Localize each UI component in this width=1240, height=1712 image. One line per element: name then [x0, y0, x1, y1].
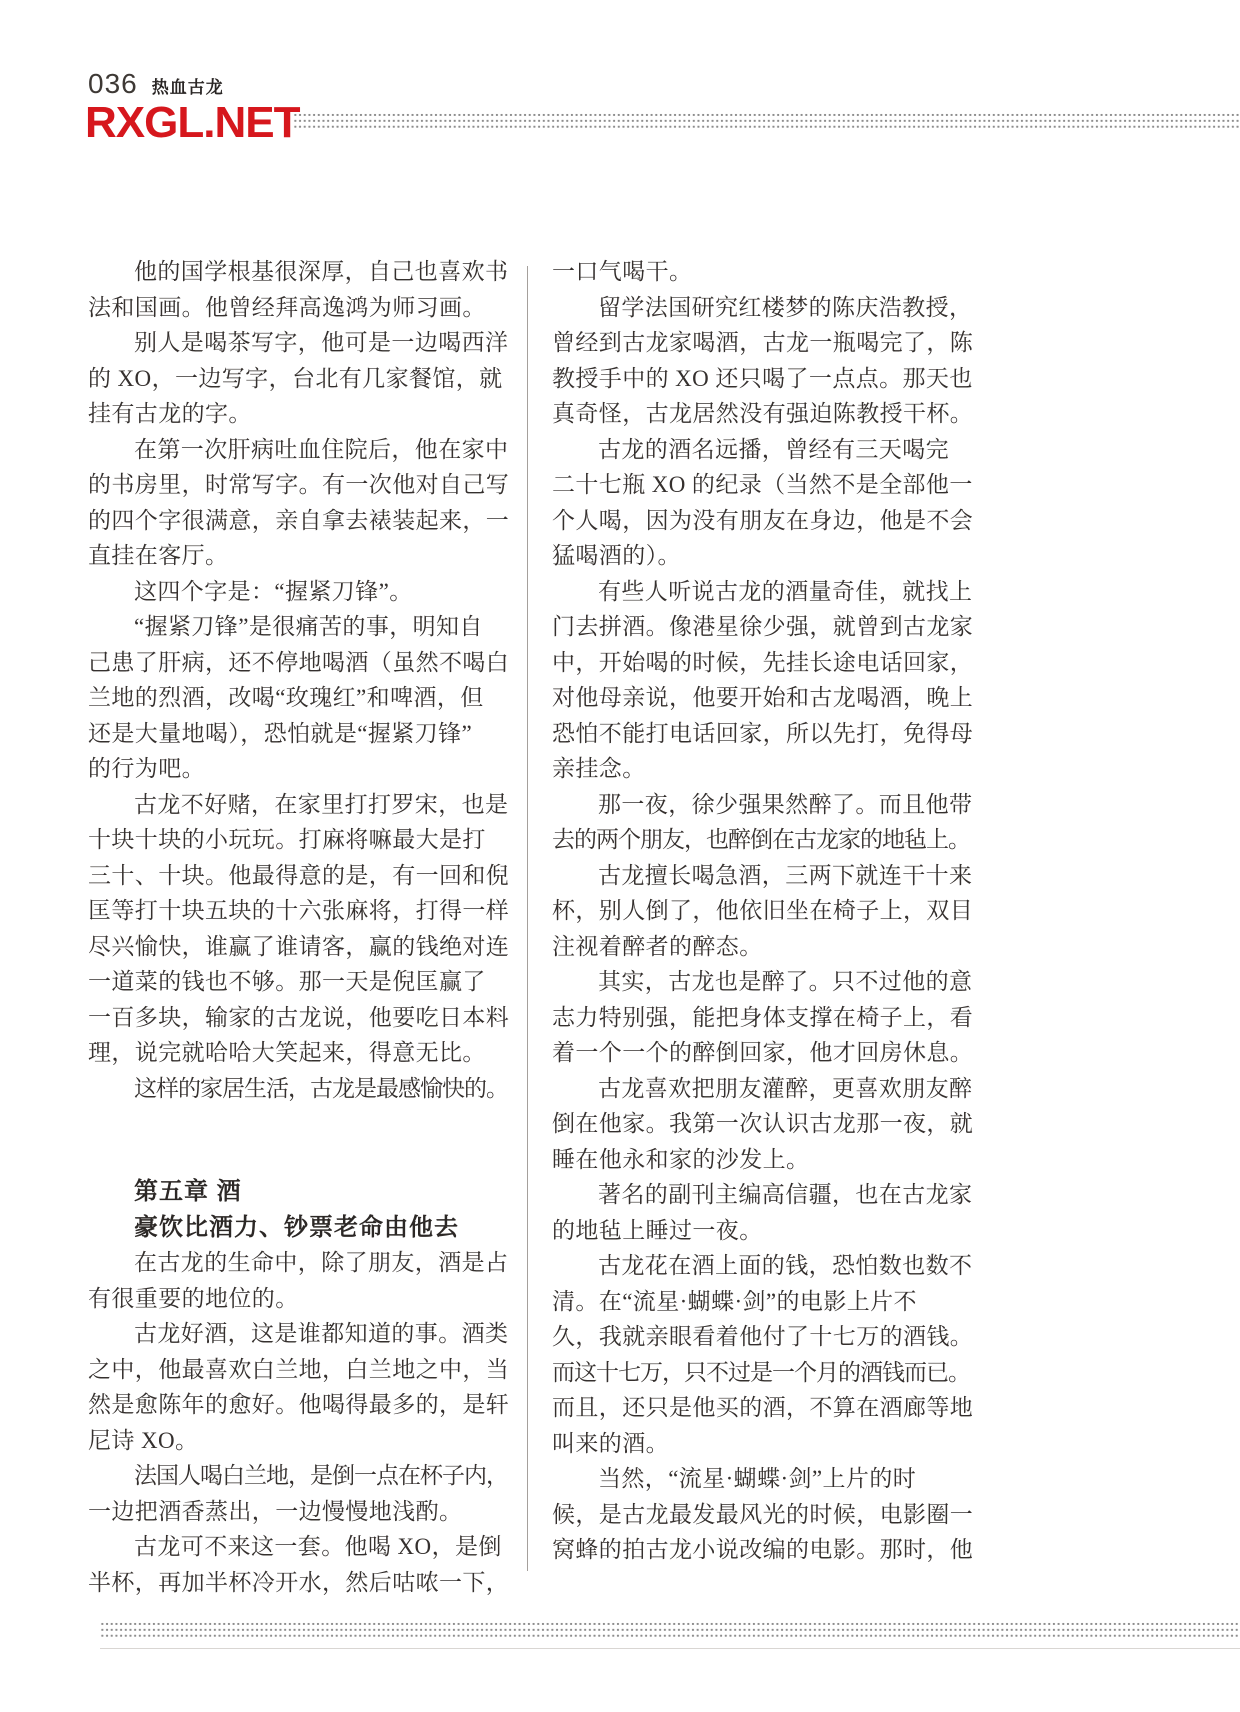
- text-line: 门去拼酒。像港星徐少强，就曾到古龙家: [552, 609, 960, 645]
- dotted-rule-bottom: [100, 1621, 1240, 1639]
- text-line: 而这十七万，只不过是一个月的酒钱而已。: [552, 1355, 960, 1391]
- page-header-row: 036热血古龙: [88, 68, 224, 100]
- text-line: 杯，别人倒了，他依旧坐在椅子上，双目: [552, 893, 960, 929]
- text-line: 这样的家居生活，古龙是最感愉快的。: [88, 1071, 488, 1107]
- text-line: 三十、十块。他最得意的是，有一回和倪: [88, 858, 488, 894]
- text-line: 二十七瓶 XO 的纪录（当然不是全部他一: [552, 467, 960, 503]
- text-line: 的 XO，一边写字，台北有几家餐馆，就: [88, 361, 488, 397]
- text-line: 的四个字很满意，亲自拿去裱装起来，一: [88, 503, 488, 539]
- text-line: 古龙好酒，这是谁都知道的事。酒类: [88, 1316, 488, 1352]
- text-line: 之中，他最喜欢白兰地，白兰地之中，当: [88, 1352, 488, 1388]
- page-number: 036: [88, 68, 138, 99]
- text-line: 匡等打十块五块的十六张麻将，打得一样: [88, 893, 488, 929]
- text-line: 己患了肝病，还不停地喝酒（虽然不喝白: [88, 645, 488, 681]
- text-line: 倒在他家。我第一次认识古龙那一夜，就: [552, 1106, 960, 1142]
- text-line: 对他母亲说，他要开始和古龙喝酒，晚上: [552, 680, 960, 716]
- text-line: 那一夜，徐少强果然醉了。而且他带: [552, 787, 960, 823]
- text-line: 这四个字是：“握紧刀锋”。: [88, 574, 488, 610]
- text-line: 一百多块，输家的古龙说，他要吃日本料: [88, 1000, 488, 1036]
- text-line: 直挂在客厅。: [88, 538, 488, 574]
- book-page: 036热血古龙 RXGL.NET 他的国学根基很深厚，自己也喜欢书法和国画。他曾…: [0, 0, 1240, 1712]
- text-line: 古龙花在酒上面的钱，恐怕数也数不: [552, 1248, 960, 1284]
- column-divider: [527, 266, 528, 1571]
- text-line: 着一个一个的醉倒回家，他才回房休息。: [552, 1035, 960, 1071]
- text-line: 恐怕不能打电话回家，所以先打，免得母: [552, 716, 960, 752]
- text-line: 一边把酒香蒸出，一边慢慢地浅酌。: [88, 1494, 488, 1530]
- text-line: 在第一次肝病吐血住院后，他在家中: [88, 432, 488, 468]
- book-title: 热血古龙: [152, 78, 224, 97]
- text-line: 兰地的烈酒，改喝“玫瑰红”和啤酒，但: [88, 680, 488, 716]
- text-line: 窝蜂的拍古龙小说改编的电影。那时，他: [552, 1532, 960, 1568]
- text-line: 亲挂念。: [552, 751, 960, 787]
- text-line: 有很重要的地位的。: [88, 1281, 488, 1317]
- text-line: “握紧刀锋”是很痛苦的事，明知自: [88, 609, 488, 645]
- text-line: 一道菜的钱也不够。那一天是倪匡赢了: [88, 964, 488, 1000]
- text-line: 的行为吧。: [88, 751, 488, 787]
- text-line: 真奇怪，古龙居然没有强迫陈教授干杯。: [552, 396, 960, 432]
- text-line: 著名的副刊主编高信疆，也在古龙家: [552, 1177, 960, 1213]
- text-line: 教授手中的 XO 还只喝了一点点。那天也: [552, 361, 960, 397]
- text-line: 久，我就亲眼看着他付了十七万的酒钱。: [552, 1319, 960, 1355]
- site-logo: RXGL.NET: [85, 98, 299, 148]
- text-line: 十块十块的小玩玩。打麻将嘛最大是打: [88, 822, 488, 858]
- text-line: 当然，“流星·蝴蝶·剑”上片的时: [552, 1461, 960, 1497]
- text-line: 还是大量地喝），恐怕就是“握紧刀锋”: [88, 716, 488, 752]
- text-line: 古龙不好赌，在家里打打罗宋，也是: [88, 787, 488, 823]
- text-line: 志力特别强，能把身体支撑在椅子上，看: [552, 1000, 960, 1036]
- text-line: 留学法国研究红楼梦的陈庆浩教授，: [552, 290, 960, 326]
- text-line: 叫来的酒。: [552, 1426, 960, 1462]
- text-line: 古龙的酒名远播，曾经有三天喝完: [552, 432, 960, 468]
- text-line: 而且，还只是他买的酒，不算在酒廊等地: [552, 1390, 960, 1426]
- text-line: 去的两个朋友，也醉倒在古龙家的地毡上。: [552, 822, 960, 858]
- text-line: 曾经到古龙家喝酒，古龙一瓶喝完了，陈: [552, 325, 960, 361]
- text-line: 的地毡上睡过一夜。: [552, 1213, 960, 1249]
- text-line: 法和国画。他曾经拜高逸鸿为师习画。: [88, 290, 488, 326]
- footer-rule: [100, 1648, 1240, 1649]
- text-line: 清。在“流星·蝴蝶·剑”的电影上片不: [552, 1284, 960, 1320]
- chapter-title: 第五章 酒: [88, 1174, 488, 1210]
- text-line: 中，开始喝的时候，先挂长途电话回家，: [552, 645, 960, 681]
- text-line: 古龙喜欢把朋友灌醉，更喜欢朋友醉: [552, 1071, 960, 1107]
- text-line: 有些人听说古龙的酒量奇佳，就找上: [552, 574, 960, 610]
- text-line: 个人喝，因为没有朋友在身边，他是不会: [552, 503, 960, 539]
- text-line: 尼诗 XO。: [88, 1423, 488, 1459]
- text-line: 尽兴愉快，谁赢了谁请客，赢的钱绝对连: [88, 929, 488, 965]
- text-line: 然是愈陈年的愈好。他喝得最多的，是轩: [88, 1387, 488, 1423]
- text-column-left: 他的国学根基很深厚，自己也喜欢书法和国画。他曾经拜高逸鸿为师习画。别人是喝茶写字…: [88, 254, 488, 1600]
- text-line: 候，是古龙最发最风光的时候，电影圈一: [552, 1497, 960, 1533]
- dotted-rule-top: [293, 112, 1240, 130]
- text-column-right: 一口气喝干。留学法国研究红楼梦的陈庆浩教授，曾经到古龙家喝酒，古龙一瓶喝完了，陈…: [552, 254, 960, 1568]
- text-line: 半杯，再加半杯冷开水，然后咕哝一下，: [88, 1565, 488, 1601]
- text-line: 其实，古龙也是醉了。只不过他的意: [552, 964, 960, 1000]
- text-line: 别人是喝茶写字，他可是一边喝西洋: [88, 325, 488, 361]
- text-line: 猛喝酒的）。: [552, 538, 960, 574]
- text-line: 一口气喝干。: [552, 254, 960, 290]
- text-line: 注视着醉者的醉态。: [552, 929, 960, 965]
- text-line: [88, 1106, 488, 1174]
- text-line: 古龙可不来这一套。他喝 XO，是倒: [88, 1529, 488, 1565]
- chapter-subtitle: 豪饮比酒力、钞票老命由他去: [88, 1210, 488, 1246]
- text-line: 古龙擅长喝急酒，三两下就连干十来: [552, 858, 960, 894]
- text-line: 法国人喝白兰地，是倒一点在杯子内，: [88, 1458, 488, 1494]
- text-line: 在古龙的生命中，除了朋友，酒是占: [88, 1245, 488, 1281]
- text-line: 的书房里，时常写字。有一次他对自己写: [88, 467, 488, 503]
- text-line: 理，说完就哈哈大笑起来，得意无比。: [88, 1035, 488, 1071]
- text-line: 睡在他永和家的沙发上。: [552, 1142, 960, 1178]
- text-line: 挂有古龙的字。: [88, 396, 488, 432]
- text-line: 他的国学根基很深厚，自己也喜欢书: [88, 254, 488, 290]
